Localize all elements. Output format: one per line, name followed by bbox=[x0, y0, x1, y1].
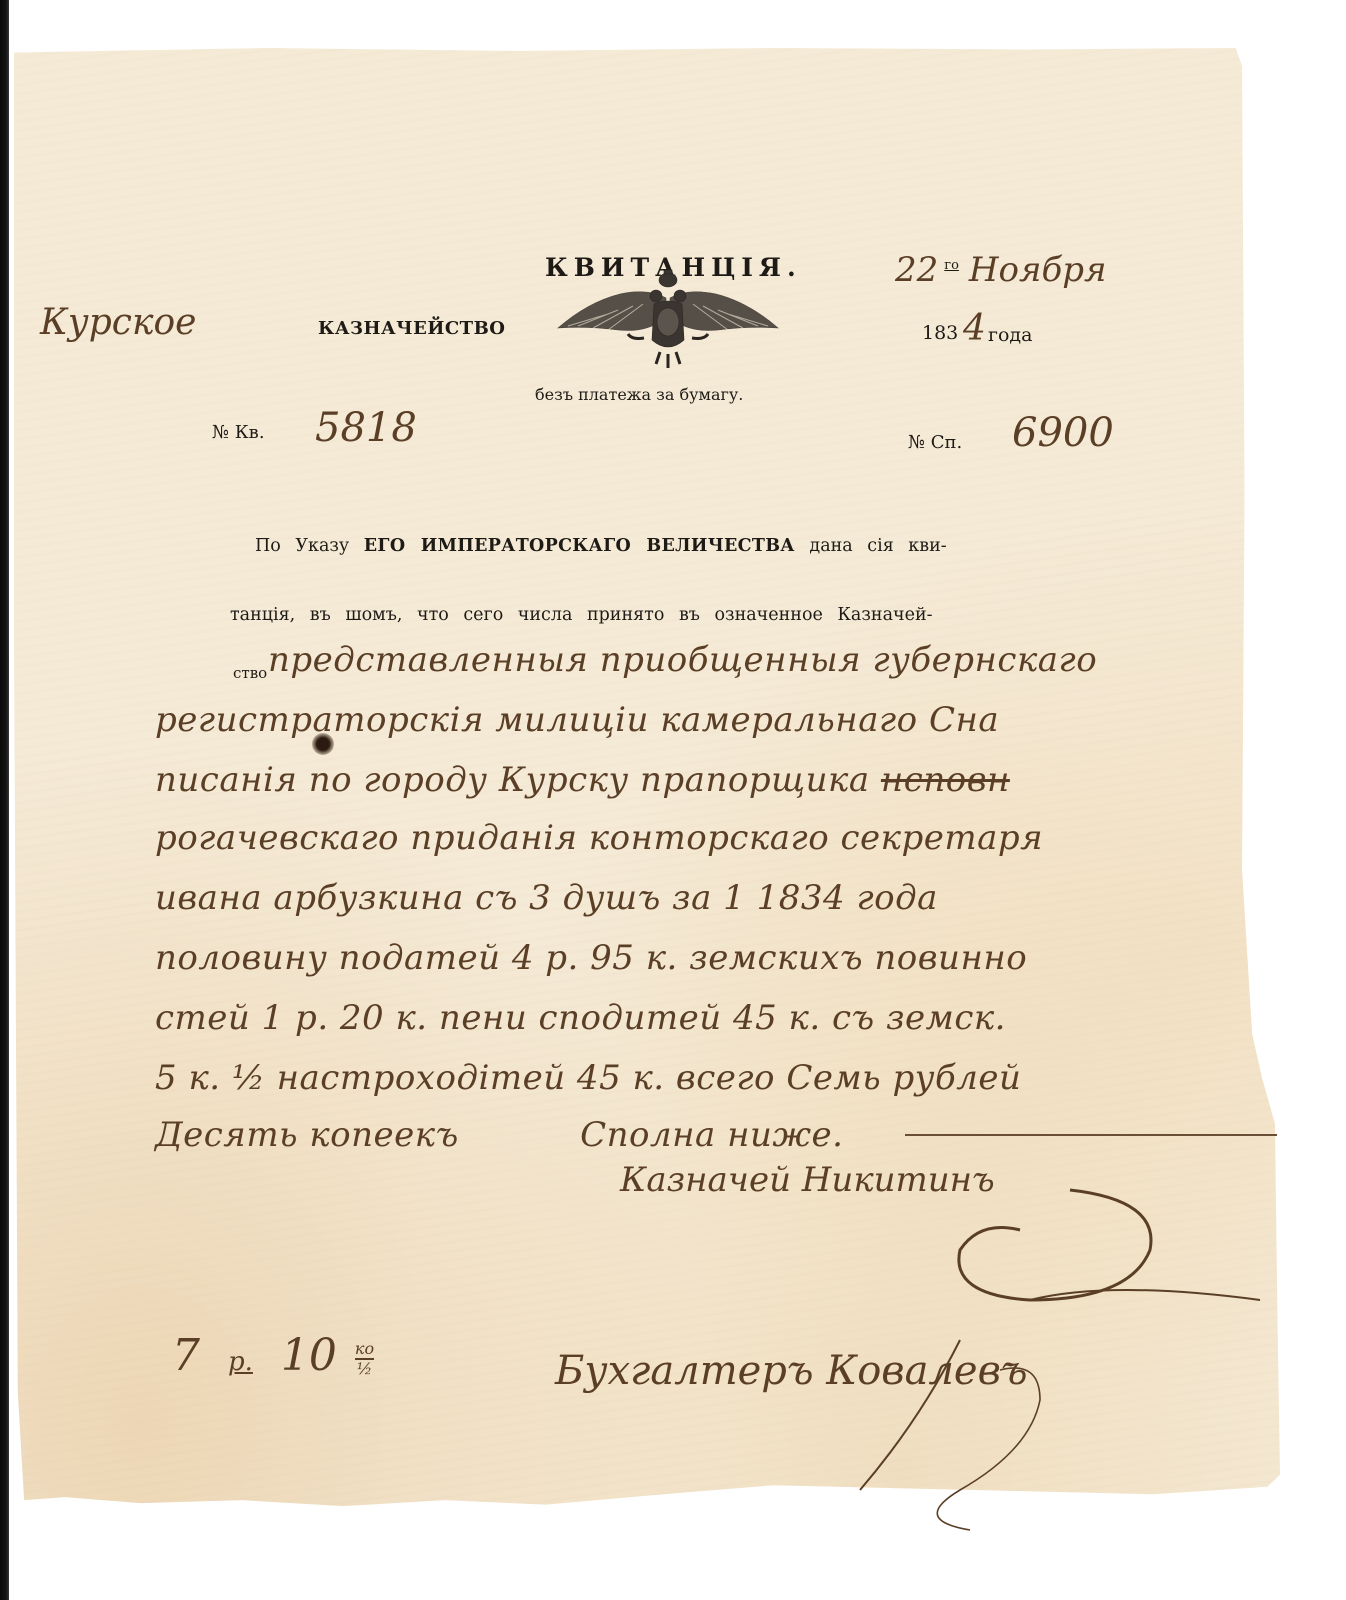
imperial-majesty: ЕГО ИМПЕРАТОРСКАГО ВЕЛИЧЕСТВА bbox=[364, 536, 795, 556]
total-amount: 7 р. 10 ко ½ bbox=[172, 1330, 374, 1381]
double-headed-eagle-icon bbox=[548, 268, 788, 370]
handwritten-line-7: стей 1 р. 20 к. пени сподитей 45 к. съ з… bbox=[155, 998, 1006, 1038]
handwritten-line-3: писанія по городу Курску прапорщика нспо… bbox=[155, 760, 1010, 800]
statement-number-label: № Сп. bbox=[908, 432, 962, 453]
year-printed-prefix: 183 bbox=[922, 322, 958, 344]
handwritten-line-5: ивана арбузкина съ 3 душъ за 1 1834 года bbox=[155, 878, 938, 918]
closing-word: Сполна ниже. bbox=[580, 1115, 843, 1155]
printed-line-1: По Указу ЕГО ИМПЕРАТОРСКАГО ВЕЛИЧЕСТВА д… bbox=[255, 536, 947, 556]
decree-prefix: По Указу bbox=[255, 536, 349, 556]
office-city-handwritten: Курское bbox=[40, 302, 196, 343]
fraction-bottom: ½ bbox=[355, 1360, 374, 1378]
year-handwritten-digit: 4 bbox=[963, 308, 986, 349]
struck-word: нсповн bbox=[881, 760, 1010, 800]
ruble-sign: р. bbox=[228, 1347, 253, 1377]
date-day: 22 bbox=[895, 250, 938, 290]
accountant-signature: Бухгалтеръ Ковалевъ bbox=[555, 1348, 1028, 1394]
receipt-number-label: № Кв. bbox=[212, 422, 265, 443]
paper-fee-note: безъ платежа за бумагу. bbox=[535, 385, 743, 404]
treasury-label: КАЗНАЧЕЙСТВО bbox=[318, 318, 505, 339]
ink-blot bbox=[312, 733, 334, 755]
printed-line-2: танція, въ шомъ, что сего числа принято … bbox=[230, 605, 933, 625]
total-kopecks: 10 bbox=[281, 1330, 337, 1381]
handwritten-line-8: 5 к. ½ настроходітей 45 к. всего Семь ру… bbox=[155, 1058, 1021, 1098]
year-word: года bbox=[988, 324, 1032, 346]
date-month: Ноября bbox=[969, 250, 1107, 290]
handwritten-line-3-text: писанія по городу Курску прапорщика bbox=[155, 760, 870, 800]
decree-suffix: дана сія кви- bbox=[809, 536, 946, 556]
closing-rule bbox=[905, 1134, 1277, 1136]
date-day-suffix: го bbox=[944, 258, 959, 273]
handwritten-line-2: регистраторскія милиціи камеральнаго Сна bbox=[155, 700, 999, 740]
statement-number-value: 6900 bbox=[1012, 410, 1114, 456]
printed-line-3: ство bbox=[233, 664, 267, 682]
fraction-top: ко bbox=[355, 1340, 374, 1360]
scanner-edge bbox=[0, 0, 9, 1600]
date-handwritten: 22гоНоября bbox=[895, 250, 1107, 290]
receipt-number-value: 5818 bbox=[315, 405, 417, 451]
handwritten-line-4: рогачевскаго приданія конторскаго секрет… bbox=[155, 818, 1043, 858]
total-rubles: 7 bbox=[172, 1330, 200, 1381]
handwritten-line-1: представленныя приобщенныя губернскаго bbox=[268, 640, 1097, 680]
kopecks-fraction: ко ½ bbox=[355, 1340, 374, 1378]
handwritten-line-6: половину податей 4 р. 95 к. земскихъ пов… bbox=[155, 938, 1027, 978]
handwritten-line-9-text: Десять копеекъ bbox=[155, 1115, 459, 1155]
handwritten-line-9: Десять копеекъ Сполна ниже. bbox=[155, 1115, 843, 1155]
